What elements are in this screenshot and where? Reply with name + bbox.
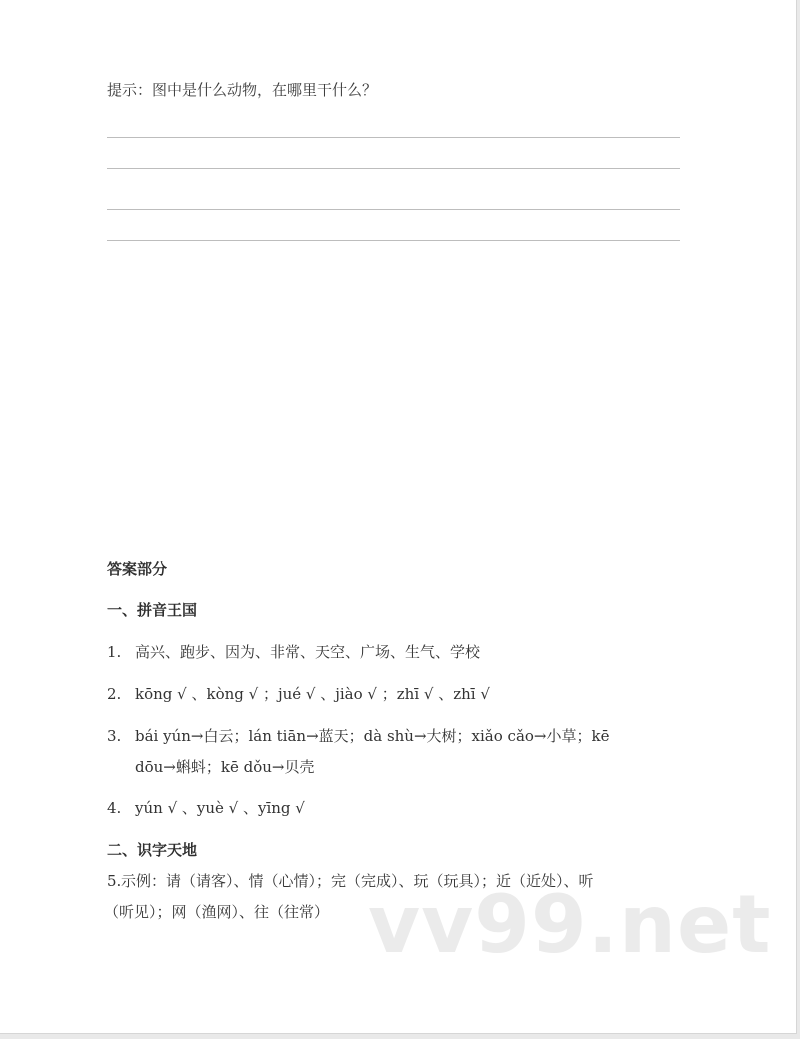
- section-heading-pinyin: 一、拼音王国: [107, 599, 197, 620]
- document-page: 提示：图中是什么动物，在哪里干什么？ 答案部分 一、拼音王国 1.高兴、跑步、因…: [0, 0, 797, 1034]
- item-number: 4.: [107, 799, 135, 817]
- item-text: yún √ 、yuè √ 、yīng √: [135, 799, 305, 817]
- item-text: 高兴、跑步、因为、非常、天空、广场、生气、学校: [135, 643, 480, 661]
- item-text-line-1: bái yún→白云；lán tiān→蓝天；dà shù→大树；xiǎo cǎ…: [135, 727, 609, 745]
- answer-item-3: 3.bái yún→白云；lán tiān→蓝天；dà shù→大树；xiǎo …: [107, 725, 609, 746]
- answer-blank-line-3[interactable]: [107, 209, 680, 210]
- answer-item-5: 5.示例：请（请客）、情（心情）；完（完成）、玩（玩具）；近（近处）、听: [107, 870, 594, 891]
- answer-item-3-continuation: dōu→蝌蚪；kē dǒu→贝壳: [135, 756, 314, 777]
- answer-blank-line-2[interactable]: [107, 168, 680, 169]
- item-number: 2.: [107, 685, 135, 703]
- item-text-line-1: 示例：请（请客）、情（心情）；完（完成）、玩（玩具）；近（近处）、听: [121, 872, 594, 890]
- answer-blank-line-4[interactable]: [107, 240, 680, 241]
- answer-item-1: 1.高兴、跑步、因为、非常、天空、广场、生气、学校: [107, 641, 480, 662]
- item-number: 3.: [107, 727, 135, 745]
- watermark: vv99.net: [368, 885, 771, 965]
- answer-blank-line-1[interactable]: [107, 137, 680, 138]
- answer-item-2: 2.kōng √ 、kòng √ ；jué √ 、jiào √ ；zhī √ 、…: [107, 683, 490, 704]
- item-text: kōng √ 、kòng √ ；jué √ 、jiào √ ；zhī √ 、zh…: [135, 685, 490, 703]
- answer-item-4: 4.yún √ 、yuè √ 、yīng √: [107, 797, 305, 818]
- answers-title: 答案部分: [107, 558, 167, 579]
- item-number: 5.: [107, 872, 121, 890]
- section-heading-literacy: 二、识字天地: [107, 839, 197, 860]
- item-number: 1.: [107, 643, 135, 661]
- answer-item-5-continuation: （听见）；网（渔网）、往（往常）: [104, 901, 329, 922]
- writing-prompt: 提示：图中是什么动物，在哪里干什么？: [107, 79, 377, 100]
